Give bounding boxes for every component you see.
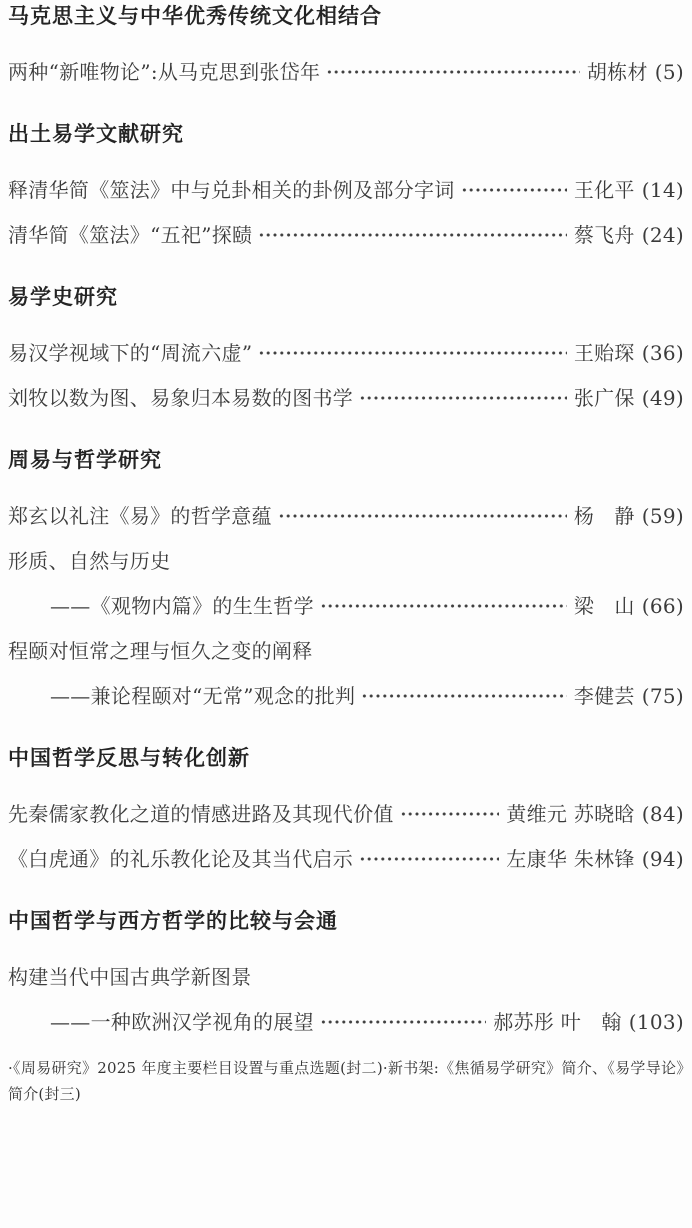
entry-authors: 左康华 朱林锋	[506, 847, 634, 871]
entry-authors: 杨 静	[574, 504, 635, 528]
journal-toc-page: 马克思主义与中华优秀传统文化相结合 两种“新唯物论”:从马克思到张岱年 胡栋材 …	[0, 0, 692, 1228]
entry-title: 郑玄以礼注《易》的哲学意蕴	[8, 504, 272, 528]
toc-sections: 马克思主义与中华优秀传统文化相结合 两种“新唯物论”:从马克思到张岱年 胡栋材 …	[8, 4, 684, 1034]
toc-section: 中国哲学与西方哲学的比较与会通 构建当代中国古典学新图景 ——一种欧洲汉学视角的…	[8, 909, 684, 1034]
entry-page-number: (5)	[655, 60, 684, 84]
toc-section: 易学史研究 易汉学视域下的“周流六虚” 王贻琛 (36) 刘牧以数为图、易象归本…	[8, 285, 684, 410]
section-heading: 易学史研究	[8, 285, 684, 309]
dot-leader	[319, 1015, 486, 1029]
toc-entry: 《白虎通》的礼乐教化论及其当代启示 左康华 朱林锋 (94)	[8, 847, 684, 871]
dot-leader	[319, 599, 567, 613]
section-heading: 中国哲学与西方哲学的比较与会通	[8, 909, 684, 933]
entry-page-number: (24)	[642, 223, 684, 247]
entry-title: ——兼论程颐对“无常”观念的批判	[50, 684, 355, 708]
entry-authors: 张广保	[574, 386, 635, 410]
entry-page-number: (49)	[642, 386, 684, 410]
entry-page-number: (75)	[642, 684, 684, 708]
toc-entry: 两种“新唯物论”:从马克思到张岱年 胡栋材 (5)	[8, 60, 684, 84]
toc-entry: 郑玄以礼注《易》的哲学意蕴 杨 静 (59)	[8, 504, 684, 528]
section-entries: 先秦儒家教化之道的情感进路及其现代价值 黄维元 苏晓晗 (84) 《白虎通》的礼…	[8, 802, 684, 871]
entry-authors: 王贻琛	[574, 341, 635, 365]
toc-entry: ——兼论程颐对“无常”观念的批判 李健芸 (75)	[8, 684, 684, 708]
entry-title: 释清华简《筮法》中与兑卦相关的卦例及部分字词	[8, 178, 455, 202]
dot-leader	[460, 183, 567, 197]
dot-leader	[360, 689, 567, 703]
toc-entry: 程颐对恒常之理与恒久之变的阐释	[8, 639, 684, 663]
entry-authors: 王化平	[574, 178, 635, 202]
entry-authors: 梁 山	[574, 594, 635, 618]
dot-leader	[399, 807, 500, 821]
section-heading: 中国哲学反思与转化创新	[8, 746, 684, 770]
entry-title: 易汉学视域下的“周流六虚”	[8, 341, 252, 365]
section-entries: 郑玄以礼注《易》的哲学意蕴 杨 静 (59) 形质、自然与历史 ——《观物内篇》…	[8, 504, 684, 708]
toc-entry: 释清华简《筮法》中与兑卦相关的卦例及部分字词 王化平 (14)	[8, 178, 684, 202]
entry-page-number: (36)	[642, 341, 684, 365]
toc-entry: 易汉学视域下的“周流六虚” 王贻琛 (36)	[8, 341, 684, 365]
entry-title: 清华简《筮法》“五祀”探赜	[8, 223, 252, 247]
entry-title: 两种“新唯物论”:从马克思到张岱年	[8, 60, 320, 84]
entry-title: 《白虎通》的礼乐教化论及其当代启示	[8, 847, 353, 871]
entry-authors: 李健芸	[574, 684, 635, 708]
entry-page-number: (103)	[629, 1010, 684, 1034]
entry-authors: 蔡飞舟	[574, 223, 635, 247]
entry-title: 刘牧以数为图、易象归本易数的图书学	[8, 386, 353, 410]
section-entries: 易汉学视域下的“周流六虚” 王贻琛 (36) 刘牧以数为图、易象归本易数的图书学…	[8, 341, 684, 410]
toc-section: 中国哲学反思与转化创新 先秦儒家教化之道的情感进路及其现代价值 黄维元 苏晓晗 …	[8, 746, 684, 871]
dot-leader	[358, 852, 499, 866]
section-heading: 周易与哲学研究	[8, 448, 684, 472]
entry-page-number: (66)	[642, 594, 684, 618]
dot-leader	[358, 391, 567, 405]
entry-title: ——一种欧洲汉学视角的展望	[50, 1010, 314, 1034]
entry-page-number: (94)	[642, 847, 684, 871]
dot-leader	[257, 346, 566, 360]
toc-entry: 清华简《筮法》“五祀”探赜 蔡飞舟 (24)	[8, 223, 684, 247]
section-heading: 出土易学文献研究	[8, 122, 684, 146]
section-entries: 两种“新唯物论”:从马克思到张岱年 胡栋材 (5)	[8, 60, 684, 84]
toc-entry: 先秦儒家教化之道的情感进路及其现代价值 黄维元 苏晓晗 (84)	[8, 802, 684, 826]
section-entries: 构建当代中国古典学新图景 ——一种欧洲汉学视角的展望 郝苏彤 叶 翰 (103)	[8, 965, 684, 1034]
section-entries: 释清华简《筮法》中与兑卦相关的卦例及部分字词 王化平 (14) 清华简《筮法》“…	[8, 178, 684, 247]
entry-title: ——《观物内篇》的生生哲学	[50, 594, 314, 618]
toc-section: 出土易学文献研究 释清华简《筮法》中与兑卦相关的卦例及部分字词 王化平 (14)…	[8, 122, 684, 247]
dot-leader	[325, 65, 580, 79]
toc-entry: 构建当代中国古典学新图景	[8, 965, 684, 989]
toc-entry: ——《观物内篇》的生生哲学 梁 山 (66)	[8, 594, 684, 618]
entry-authors: 郝苏彤 叶 翰	[493, 1010, 621, 1034]
toc-entry: ——一种欧洲汉学视角的展望 郝苏彤 叶 翰 (103)	[8, 1010, 684, 1034]
entry-authors: 黄维元 苏晓晗	[506, 802, 634, 826]
entry-page-number: (59)	[642, 504, 684, 528]
footer-note: ·《周易研究》2025 年度主要栏目设置与重点选题(封二)·新书架:《焦循易学研…	[8, 1055, 684, 1107]
entry-title: 先秦儒家教化之道的情感进路及其现代价值	[8, 802, 394, 826]
entry-title: 形质、自然与历史	[8, 549, 170, 573]
entry-title: 构建当代中国古典学新图景	[8, 965, 252, 989]
toc-entry: 刘牧以数为图、易象归本易数的图书学 张广保 (49)	[8, 386, 684, 410]
section-heading: 马克思主义与中华优秀传统文化相结合	[8, 4, 684, 28]
dot-leader	[277, 509, 567, 523]
entry-page-number: (14)	[642, 178, 684, 202]
dot-leader	[257, 228, 566, 242]
entry-authors: 胡栋材	[587, 60, 648, 84]
toc-entry: 形质、自然与历史	[8, 549, 684, 573]
entry-page-number: (84)	[642, 802, 684, 826]
toc-section: 马克思主义与中华优秀传统文化相结合 两种“新唯物论”:从马克思到张岱年 胡栋材 …	[8, 4, 684, 84]
toc-section: 周易与哲学研究 郑玄以礼注《易》的哲学意蕴 杨 静 (59) 形质、自然与历史 …	[8, 448, 684, 708]
entry-title: 程颐对恒常之理与恒久之变的阐释	[8, 639, 313, 663]
